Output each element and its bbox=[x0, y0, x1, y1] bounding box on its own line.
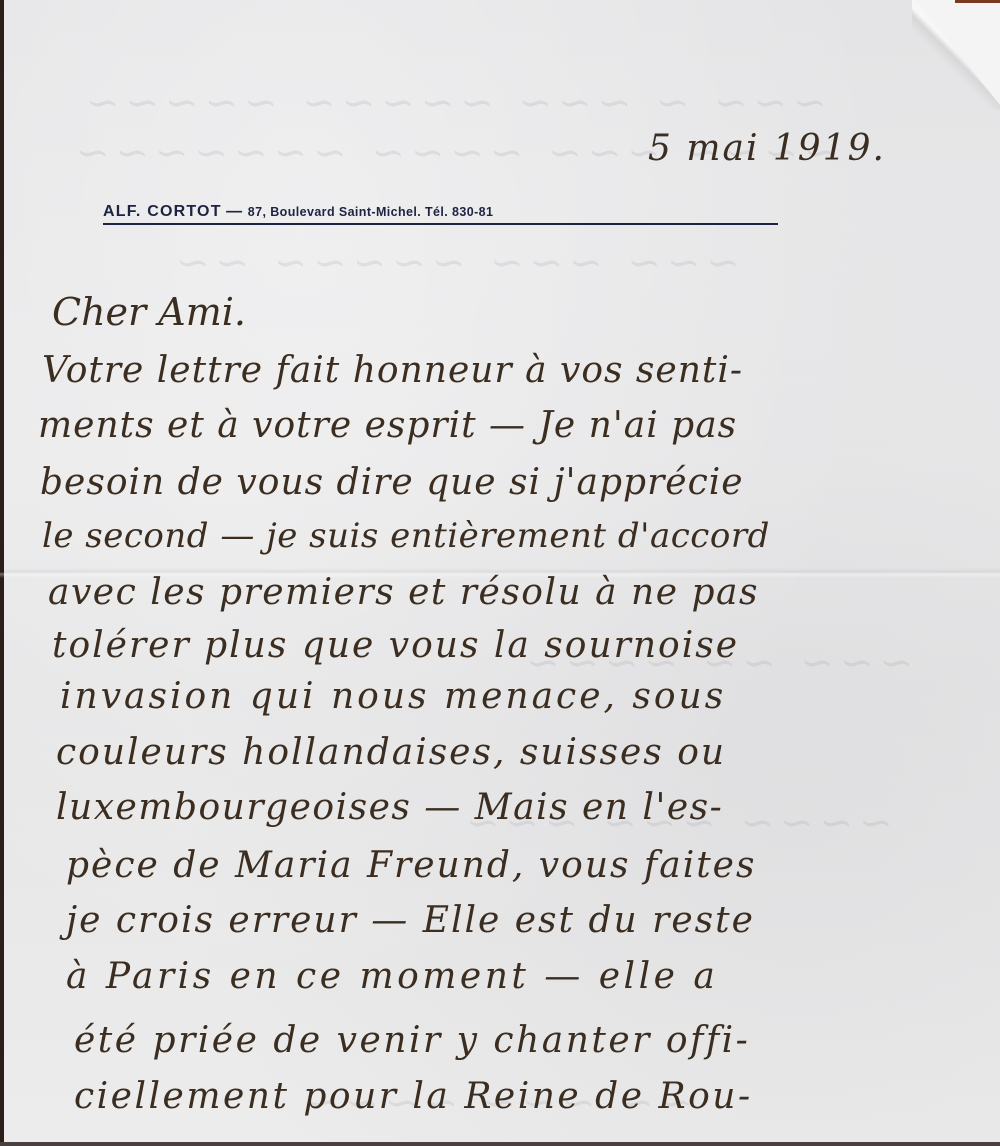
letter-line: je crois erreur — Elle est du reste bbox=[66, 900, 755, 941]
folded-corner bbox=[915, 0, 1000, 105]
letter-line: le second — je suis entièrement d'accord bbox=[42, 516, 770, 556]
letter-line: tolérer plus que vous la sournoise bbox=[52, 625, 739, 666]
letter-page: ~~~ ~ ~~~ ~~~~~ ~~~~~ ~~~~ ~~~ ~~~~ ~~~~… bbox=[0, 0, 1000, 1146]
letter-line: avec les premiers et résolu à ne pas bbox=[48, 572, 759, 613]
photo-background-edge bbox=[955, 0, 1000, 3]
bleed-through-text: ~~~ ~~~ ~~~~~ ~~ bbox=[170, 240, 740, 286]
letter-salutation: Cher Ami. bbox=[52, 290, 246, 334]
letter-line: luxembourgeoises — Mais en l'es- bbox=[56, 787, 723, 828]
letter-line: invasion qui nous menace, sous bbox=[60, 676, 726, 717]
letter-line: ments et à votre esprit — Je n'ai pas bbox=[38, 405, 737, 446]
letter-line: Votre lettre fait honneur à vos senti- bbox=[42, 350, 743, 391]
letter-line: pèce de Maria Freund, vous faites bbox=[66, 845, 756, 886]
letter-line: couleurs hollandaises, suisses ou bbox=[56, 732, 726, 773]
letter-line: besoin de vous dire que si j'apprécie bbox=[40, 462, 744, 503]
letter-date: 5 mai 1919. bbox=[648, 128, 886, 169]
letter-line: à Paris en ce moment — elle a bbox=[66, 956, 718, 997]
bleed-through-text: ~~~ ~ ~~~ ~~~~~ ~~~~~ bbox=[80, 80, 827, 126]
letterhead: ALF. CORTOT — 87, Boulevard Saint-Michel… bbox=[103, 203, 778, 225]
letter-line: été priée de venir y chanter offi- bbox=[74, 1020, 750, 1061]
letterhead-address: 87, Boulevard Saint-Michel. Tél. 830-81 bbox=[248, 205, 494, 219]
letterhead-name: ALF. CORTOT bbox=[103, 203, 222, 220]
letterhead-separator: — bbox=[226, 203, 243, 220]
photo-background-edge bbox=[0, 1142, 1000, 1146]
letter-line: ciellement pour la Reine de Rou- bbox=[74, 1076, 753, 1117]
